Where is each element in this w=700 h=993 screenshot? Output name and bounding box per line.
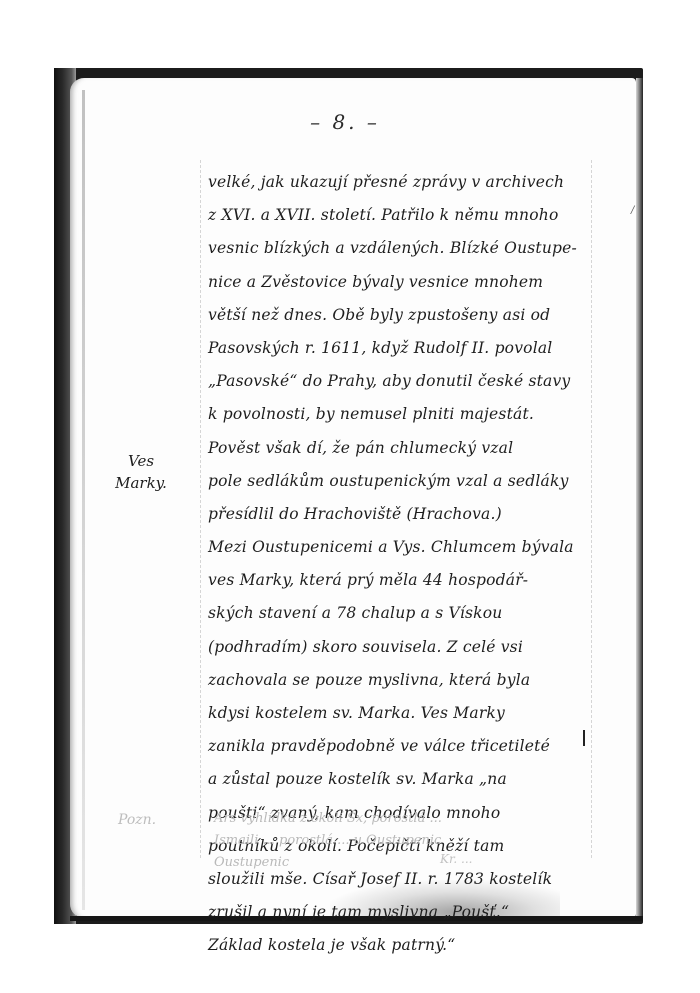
text-line: k povolnosti, by nemusel plniti majestát…	[208, 398, 598, 431]
text-line: velké, jak ukazují přesné zprávy v archi…	[208, 166, 598, 199]
text-line: ves Marky, která prý měla 44 hospodář-	[208, 564, 598, 597]
text-line: nice a Zvěstovice bývaly vesnice mnohem	[208, 266, 598, 299]
margin-tick-mark: /	[631, 205, 634, 216]
page-fold-line	[82, 90, 85, 910]
text-line: zachovala se pouze myslivna, která byla	[208, 664, 598, 697]
text-line: Základ kostela je však patrný.“	[208, 929, 598, 962]
page-right-edge	[636, 78, 643, 921]
text-line: zrušil a nyní je tam myslivna „Poušť.“	[208, 896, 598, 929]
margin-note-line: Marky.	[96, 472, 186, 494]
text-line: Mezi Oustupenicemi a Vys. Chlumcem býval…	[208, 531, 598, 564]
pencil-signature: Kr. ...	[440, 852, 472, 866]
text-line: větší než dnes. Obě byly zpustošeny asi …	[208, 299, 598, 332]
pencil-line: Ismaili ... porostlá ... u Oustupenic	[214, 830, 614, 852]
text-line: pole sedlákům oustupenickým vzal a sedlá…	[208, 465, 598, 498]
margin-note-ves-marky: Ves Marky.	[96, 450, 186, 494]
text-line: zanikla pravděpodobně ve válce třicetile…	[208, 730, 598, 763]
text-line: „Pasovské“ do Prahy, aby donutil české s…	[208, 365, 598, 398]
pencil-line: Oustupenic	[214, 852, 614, 874]
text-line: (podhradím) skoro souvisela. Z celé vsi	[208, 631, 598, 664]
text-line: ských stavení a 78 chalup a s Vískou	[208, 597, 598, 630]
text-line: Pověst však dí, že pán chlumecký vzal	[208, 432, 598, 465]
text-line: Pasovských r. 1611, když Rudolf II. povo…	[208, 332, 598, 365]
ink-bracket-mark	[583, 730, 585, 746]
scanned-page-image: – 8. – Ves Marky. velké, jak ukazují pře…	[0, 0, 700, 993]
pencil-annotation: Ars vyhlídka z okolí Šx, porostlá ... Is…	[214, 808, 614, 874]
text-line: a zůstal pouze kostelík sv. Marka „na	[208, 763, 598, 796]
page-number: – 8. –	[300, 110, 390, 134]
margin-note-line: Ves	[96, 450, 186, 472]
text-line: přesídlil do Hrachoviště (Hrachova.)	[208, 498, 598, 531]
pencil-margin-note: Pozn.	[118, 812, 156, 828]
text-line: z XVI. a XVII. století. Patřilo k němu m…	[208, 199, 598, 232]
pencil-line: Ars vyhlídka z okolí Šx, porostlá ...	[214, 808, 614, 830]
text-line: kdysi kostelem sv. Marka. Ves Marky	[208, 697, 598, 730]
text-line: vesnic blízkých a vzdálených. Blízké Ous…	[208, 232, 598, 265]
